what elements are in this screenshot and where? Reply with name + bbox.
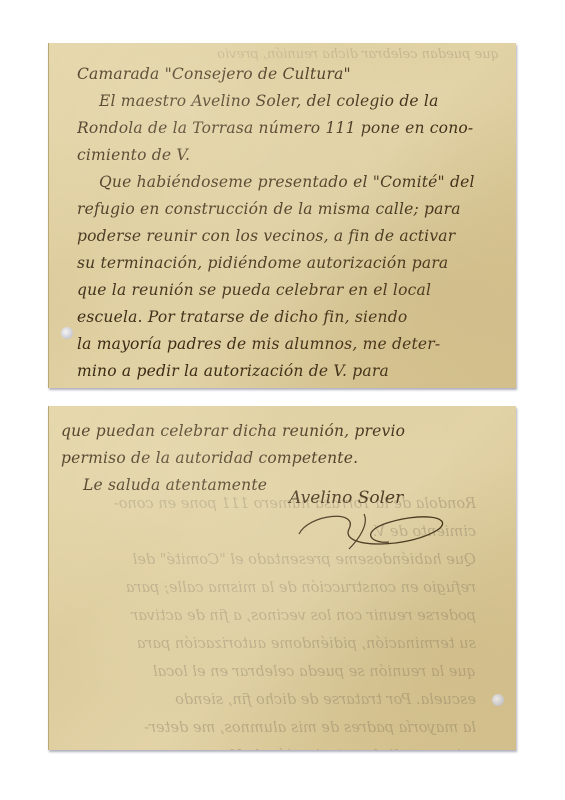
bleed-through-text: que puedan celebrar dicha reunión, previ… — [79, 47, 499, 62]
text-line: poderse reunir con los vecinos, a fin de… — [77, 223, 504, 250]
text-line: Rondola de la Torrasa número 111 pone en… — [77, 115, 504, 142]
signature-flourish-icon — [289, 504, 459, 554]
text-line: refugio en construcción de la misma call… — [77, 196, 504, 223]
salutation: Camarada "Consejero de Cultura" — [77, 61, 504, 88]
text-line: escuela. Por tratarse de dicho fin, sien… — [77, 304, 504, 331]
letter-body-page-2: que puedan celebrar dicha reunión, previ… — [61, 418, 504, 499]
text-line: permiso de la autoridad competente. — [61, 445, 504, 472]
closing: Le saluda atentamente — [61, 472, 504, 499]
punch-hole — [492, 694, 504, 706]
text-line: Que habiéndoseme presentado el "Comité" … — [77, 169, 504, 196]
text-line: cimiento de V. — [77, 142, 504, 169]
text-line: que la reunión se pueda celebrar en el l… — [77, 277, 504, 304]
punch-hole — [61, 327, 73, 339]
letter-page-2: Rondola de la Torrasa número 111 pone en… — [48, 406, 516, 750]
text-line: la mayoría padres de mis alumnos, me det… — [77, 331, 504, 358]
text-line: su terminación, pidiéndome autorización … — [77, 250, 504, 277]
letter-page-1: que puedan celebrar dicha reunión, previ… — [48, 43, 516, 388]
text-line: que puedan celebrar dicha reunión, previ… — [61, 418, 504, 445]
letter-body-page-1: Camarada "Consejero de Cultura" El maest… — [77, 61, 504, 385]
text-line: mino a pedir la autorización de V. para — [77, 358, 504, 385]
text-line: El maestro Avelino Soler, del colegio de… — [77, 88, 504, 115]
